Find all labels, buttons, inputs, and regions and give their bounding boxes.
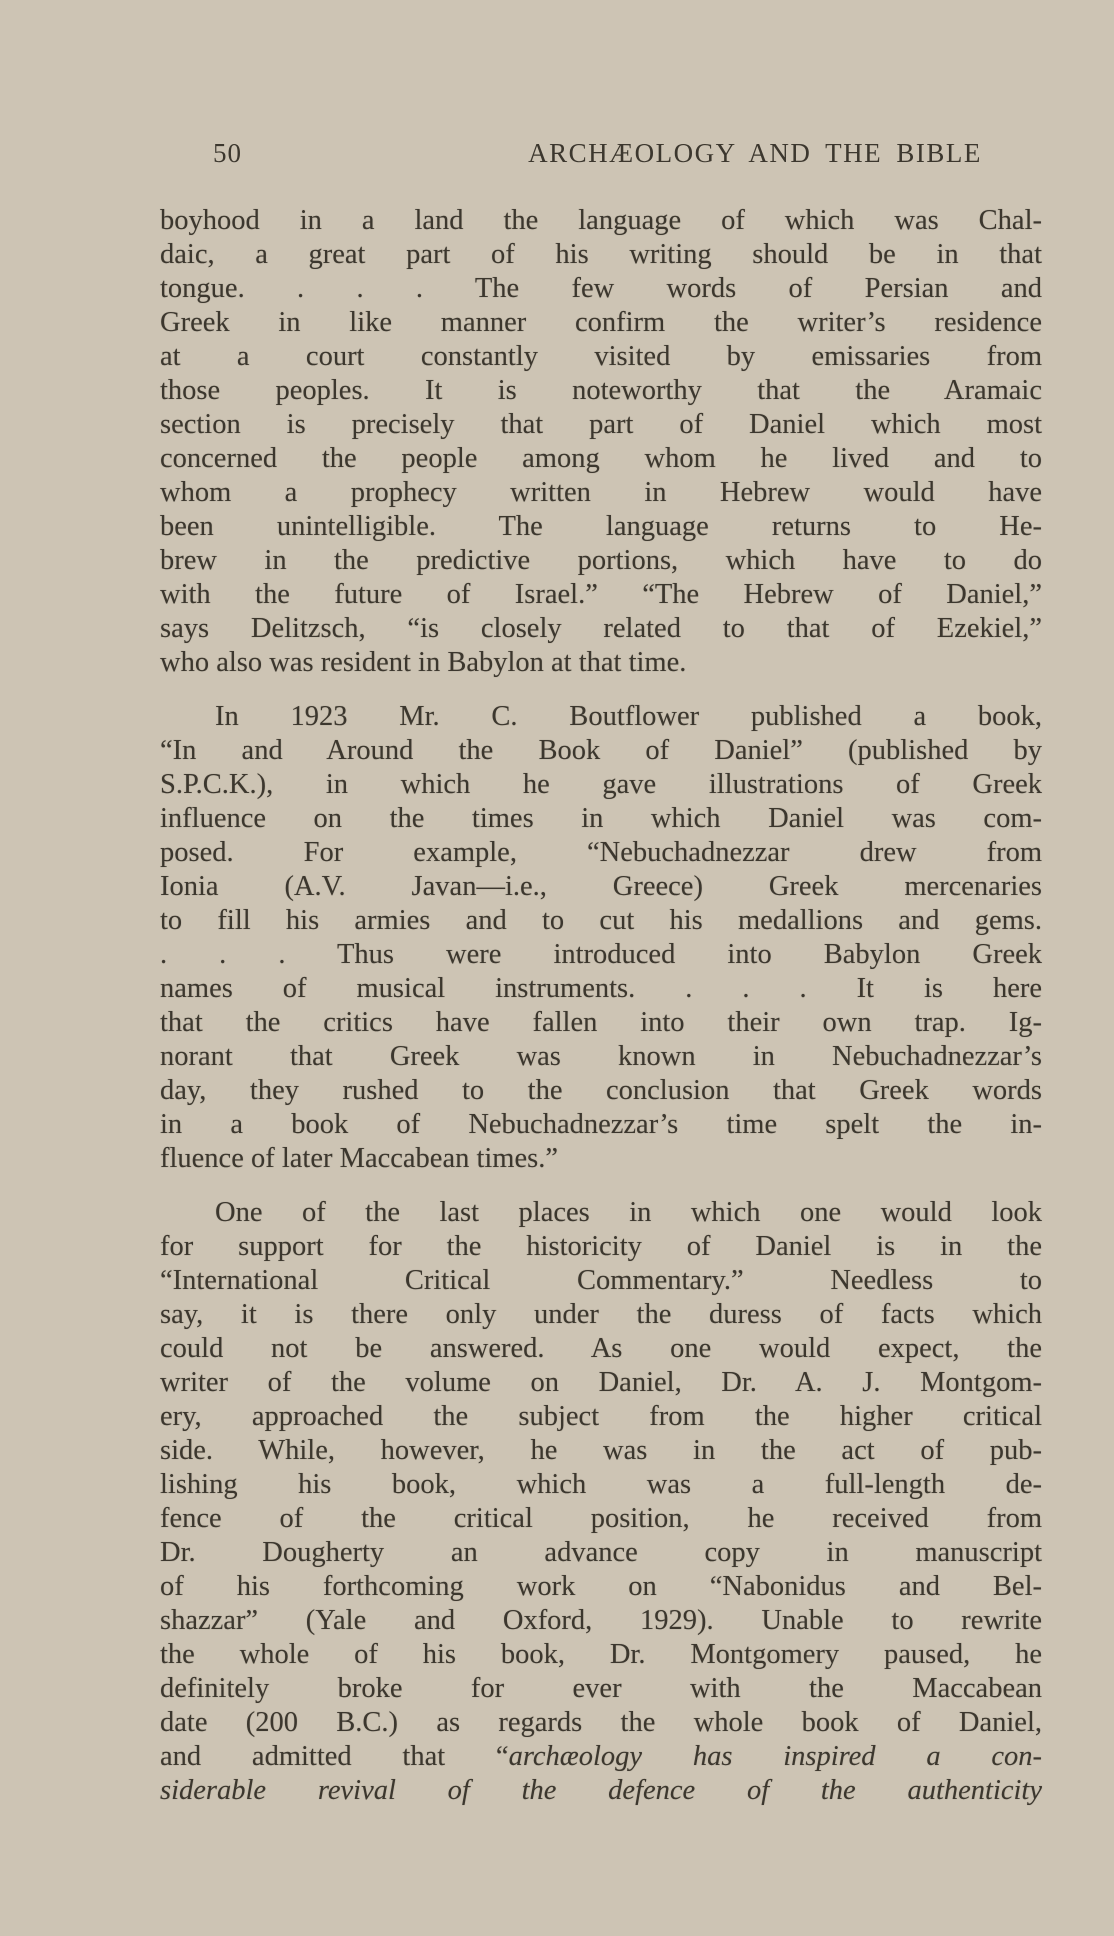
text-line: norant that Greek was known in Nebuchadn… [160,1040,1042,1074]
text-line: with the future of Israel.” “The Hebrew … [160,578,1042,612]
paragraph: boyhood in a land the language of which … [160,204,1042,680]
text-line: whom a prophecy written in Hebrew would … [160,476,1042,510]
book-page-scan: 50 ARCHÆOLOGY AND THE BIBLE boyhood in a… [0,0,1114,1936]
text-line: day, they rushed to the conclusion that … [160,1074,1042,1108]
text-line: posed. For example, “Nebuchadnezzar drew… [160,836,1042,870]
text-line: at a court constantly visited by emissar… [160,340,1042,374]
text-line: lishing his book, which was a full-lengt… [160,1468,1042,1502]
text-line: says Delitzsch, “is closely related to t… [160,612,1042,646]
text-line: for support for the historicity of Danie… [160,1230,1042,1264]
text-line: definitely broke for ever with the Macca… [160,1672,1042,1706]
text-line: boyhood in a land the language of which … [160,204,1042,238]
text-line: could not be answered. As one would expe… [160,1332,1042,1366]
text-line: those peoples. It is noteworthy that the… [160,374,1042,408]
text-line: in a book of Nebuchadnezzar’s time spelt… [160,1108,1042,1142]
text-line: In 1923 Mr. C. Boutflower published a bo… [160,700,1042,734]
text-line: shazzar” (Yale and Oxford, 1929). Unable… [160,1604,1042,1638]
text-line: . . . Thus were introduced into Babylon … [160,938,1042,972]
text-line: that the critics have fallen into their … [160,1006,1042,1040]
text-line: names of musical instruments. . . . It i… [160,972,1042,1006]
paragraph: In 1923 Mr. C. Boutflower published a bo… [160,700,1042,1176]
text-line: date (200 B.C.) as regards the whole boo… [160,1706,1042,1740]
text-line: the whole of his book, Dr. Montgomery pa… [160,1638,1042,1672]
text-line: side. While, however, he was in the act … [160,1434,1042,1468]
running-header-title: ARCHÆOLOGY AND THE BIBLE [528,138,982,169]
running-head: 50 ARCHÆOLOGY AND THE BIBLE [0,138,1114,178]
text-line: section is precisely that part of Daniel… [160,408,1042,442]
text-line: Ionia (A.V. Javan—i.e., Greece) Greek me… [160,870,1042,904]
text-line: “International Critical Commentary.” Nee… [160,1264,1042,1298]
text-line: brew in the predictive portions, which h… [160,544,1042,578]
text-line: who also was resident in Babylon at that… [160,646,1042,680]
text-line: to fill his armies and to cut his medall… [160,904,1042,938]
text-line: “In and Around the Book of Daniel” (publ… [160,734,1042,768]
text-line: writer of the volume on Daniel, Dr. A. J… [160,1366,1042,1400]
text-line: and admitted that “archæology has inspir… [160,1740,1042,1774]
text-line: fence of the critical position, he recei… [160,1502,1042,1536]
text-line: Dr. Dougherty an advance copy in manuscr… [160,1536,1042,1570]
text-line: One of the last places in which one woul… [160,1196,1042,1230]
text-line: tongue. . . . The few words of Persian a… [160,272,1042,306]
text-line: say, it is there only under the duress o… [160,1298,1042,1332]
text-line: concerned the people among whom he lived… [160,442,1042,476]
paragraph: One of the last places in which one woul… [160,1196,1042,1808]
text-block: boyhood in a land the language of which … [160,204,1042,1808]
text-line: of his forthcoming work on “Nabonidus an… [160,1570,1042,1604]
text-line: S.P.C.K.), in which he gave illustration… [160,768,1042,802]
text-line: influence on the times in which Daniel w… [160,802,1042,836]
text-line: daic, a great part of his writing should… [160,238,1042,272]
text-line: been unintelligible. The language return… [160,510,1042,544]
text-line: Greek in like manner confirm the writer’… [160,306,1042,340]
text-line: ery, approached the subject from the hig… [160,1400,1042,1434]
page-number: 50 [213,138,242,169]
text-line: fluence of later Maccabean times.” [160,1142,1042,1176]
text-line: siderable revival of the defence of the … [160,1774,1042,1808]
